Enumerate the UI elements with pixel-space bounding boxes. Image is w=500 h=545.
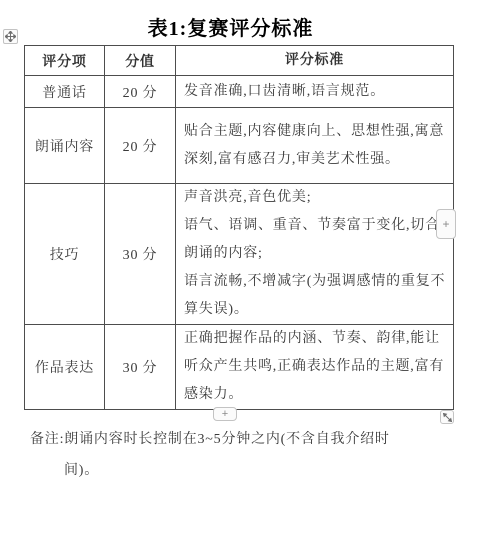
table-row: 技巧 30 分 声音洪亮,音色优美; 语气、语调、重音、节奏富于变化,切合朗诵的… <box>25 184 454 325</box>
cell-score[interactable]: 20 分 <box>105 108 176 184</box>
criteria-paragraph: 贴合主题,内容健康向上、思想性强,寓意深刻,富有感召力,审美艺术性强。 <box>184 118 449 174</box>
cell-item[interactable]: 朗诵内容 <box>25 108 105 184</box>
cell-score[interactable]: 30 分 <box>105 325 176 410</box>
cell-criteria[interactable]: 贴合主题,内容健康向上、思想性强,寓意深刻,富有感召力,审美艺术性强。 <box>176 108 454 184</box>
cell-criteria[interactable]: 发音准确,口齿清晰,语言规范。 <box>176 76 454 108</box>
table-title: 表1:复赛评分标准 <box>24 12 437 41</box>
criteria-paragraph: 发音准确,口齿清晰,语言规范。 <box>184 78 449 106</box>
scoring-table: 评分项 分值 评分标准 普通话 20 分 发音准确,口齿清晰,语言规范。 朗诵内… <box>24 45 454 410</box>
table-row: 普通话 20 分 发音准确,口齿清晰,语言规范。 <box>25 76 454 108</box>
cell-score[interactable]: 20 分 <box>105 76 176 108</box>
criteria-paragraph: 正确把握作品的内涵、节奏、韵律,能让听众产生共鸣,正确表达作品的主题,富有感染力… <box>184 325 449 409</box>
table-row: 作品表达 30 分 正确把握作品的内涵、节奏、韵律,能让听众产生共鸣,正确表达作… <box>25 325 454 410</box>
cell-score[interactable]: 30 分 <box>105 184 176 325</box>
insert-row-button[interactable]: + <box>213 407 237 421</box>
header-item[interactable]: 评分项 <box>25 46 105 76</box>
plus-icon: + <box>442 218 449 230</box>
criteria-paragraph: 语气、语调、重音、节奏富于变化,切合朗诵的内容; <box>184 212 449 268</box>
cell-criteria[interactable]: 正确把握作品的内涵、节奏、韵律,能让听众产生共鸣,正确表达作品的主题,富有感染力… <box>176 325 454 410</box>
header-score[interactable]: 分值 <box>105 46 176 76</box>
table-header-row: 评分项 分值 评分标准 <box>25 46 454 76</box>
move-arrows-icon <box>5 31 16 42</box>
criteria-paragraph: 语言流畅,不增减字(为强调感情的重复不算失误)。 <box>184 268 449 324</box>
remark-text[interactable]: 备注:朗诵内容时长控制在3~5分钟之内(不含自我介绍时间)。 <box>30 424 416 486</box>
cell-item[interactable]: 普通话 <box>25 76 105 108</box>
insert-column-button[interactable]: + <box>436 209 456 239</box>
cell-item[interactable]: 技巧 <box>25 184 105 325</box>
diagonal-resize-icon <box>443 413 452 422</box>
table-resize-handle[interactable] <box>440 410 454 424</box>
cell-criteria[interactable]: 声音洪亮,音色优美; 语气、语调、重音、节奏富于变化,切合朗诵的内容; 语言流畅… <box>176 184 454 325</box>
table-row: 朗诵内容 20 分 贴合主题,内容健康向上、思想性强,寓意深刻,富有感召力,审美… <box>25 108 454 184</box>
header-criteria[interactable]: 评分标准 <box>176 46 454 76</box>
criteria-paragraph: 声音洪亮,音色优美; <box>184 184 449 212</box>
document-canvas: 表1:复赛评分标准 评分项 分值 评分标准 普通话 20 分 <box>0 0 500 545</box>
plus-icon: + <box>222 409 228 420</box>
cell-item[interactable]: 作品表达 <box>25 325 105 410</box>
table-move-handle[interactable] <box>3 29 18 44</box>
